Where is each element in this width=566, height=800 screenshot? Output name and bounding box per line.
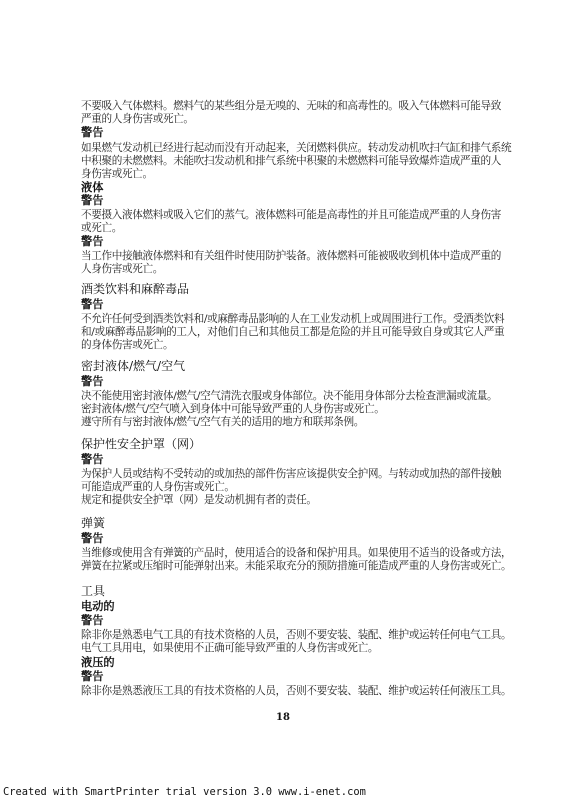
paragraph-line: 不要吸入气体燃料。燃料气的某些组分是无嗅的、无味的和高毒性的。吸入气体燃料可能导… (81, 100, 501, 113)
paragraph-line: 不要摄入液体燃料或吸入它们的蒸气。液体燃料可能是高毒性的并且可能造成严重的人身伤… (81, 209, 501, 222)
section-title-sealing-fluid: 密封液体/燃气/空气 (81, 360, 185, 373)
paragraph-line: 弹簧在拉紧或压缩时可能弹射出来。未能采取充分的预防措施可能造成严重的人身伤害或死… (81, 560, 511, 573)
warning-heading: 警告 (81, 614, 103, 627)
paragraph-line: 可能造成严重的人身伤害或死亡。 (81, 481, 235, 494)
warning-heading: 警告 (81, 532, 103, 545)
paragraph-line: 的身体伤害或死亡。 (81, 339, 173, 352)
paragraph-line: 当维修或使用含有弹簧的产品时，使用适合的设备和保护用具。如果使用不适当的设备或方… (81, 547, 511, 560)
paragraph-line: 电气工具用电，如果使用不正确可能导致严重的人身伤害或死亡。 (81, 642, 378, 655)
warning-heading: 警告 (81, 453, 103, 466)
section-title-tools: 工具 (81, 585, 105, 598)
paragraph-line: 中积聚的未燃燃料。未能吹扫发动机和排气系统中积聚的未燃燃料可能导致爆炸造成严重的… (81, 155, 501, 168)
paragraph-line: 如果燃气发动机已经进行起动而没有开动起来，关闭燃料供应。转动发动机吹扫气缸和排气… (81, 142, 511, 155)
page-number: 18 (0, 712, 566, 723)
warning-heading: 警告 (81, 194, 103, 207)
paragraph-line: 除非你是熟悉电气工具的有技术资格的人员，否则不要安装、装配、维护或运转任何电气工… (81, 629, 511, 642)
paragraph-line: 为保护人员或结构不受转动的或加热的部件伤害应该提供安全护网。与转动或加热的部件接… (81, 468, 501, 481)
document-page: 不要吸入气体燃料。燃料气的某些组分是无嗅的、无味的和高毒性的。吸入气体燃料可能导… (0, 0, 566, 800)
section-title-safety-guard: 保护性安全护罩（网） (81, 438, 201, 451)
paragraph-line: 决不能使用密封液体/燃气/空气清洗衣服或身体部位。决不能用身体部分去检查泄漏或流… (81, 390, 497, 403)
subheading-electric: 电动的 (81, 600, 115, 613)
warning-heading: 警告 (81, 235, 103, 248)
warning-heading: 警告 (81, 375, 103, 388)
paragraph-line: 规定和提供安全护罩（网）是发动机拥有者的责任。 (81, 494, 317, 507)
paragraph-line: 遵守所有与密封液体/燃气/空气有关的适用的地方和联邦条例。 (81, 416, 364, 429)
paragraph-line: 除非你是熟悉液压工具的有技术资格的人员，否则不要安装、装配、维护或运转任何液压工… (81, 685, 511, 698)
paragraph-line: 当工作中接触液体燃料和有关组件时使用防护装备。液体燃料可能被吸收到机体中造成严重… (81, 250, 501, 263)
section-title-springs: 弹簧 (81, 517, 105, 530)
paragraph-line: 密封液体/燃气/空气喷入到身体中可能导致严重的人身伤害或死亡。 (81, 403, 385, 416)
section-title-alcohol: 酒类饮料和麻醉毒品 (81, 283, 189, 296)
warning-heading: 警告 (81, 670, 103, 683)
warning-heading: 警告 (81, 298, 103, 311)
paragraph-line: 人身伤害或死亡。 (81, 263, 163, 276)
paragraph-line: 和/或麻醉毒品影响的工人，对他们自己和其他员工都是危险的并且可能导致自身或其它人… (81, 326, 504, 339)
warning-heading: 警告 (81, 126, 103, 139)
watermark-footer: Created with SmartPrinter trial version … (3, 786, 366, 798)
subheading-hydraulic: 液压的 (81, 656, 115, 669)
paragraph-line: 不允许任何受到酒类饮料和/或麻醉毒品影响的人在工业发动机上或周围进行工作。受酒类… (81, 313, 504, 326)
